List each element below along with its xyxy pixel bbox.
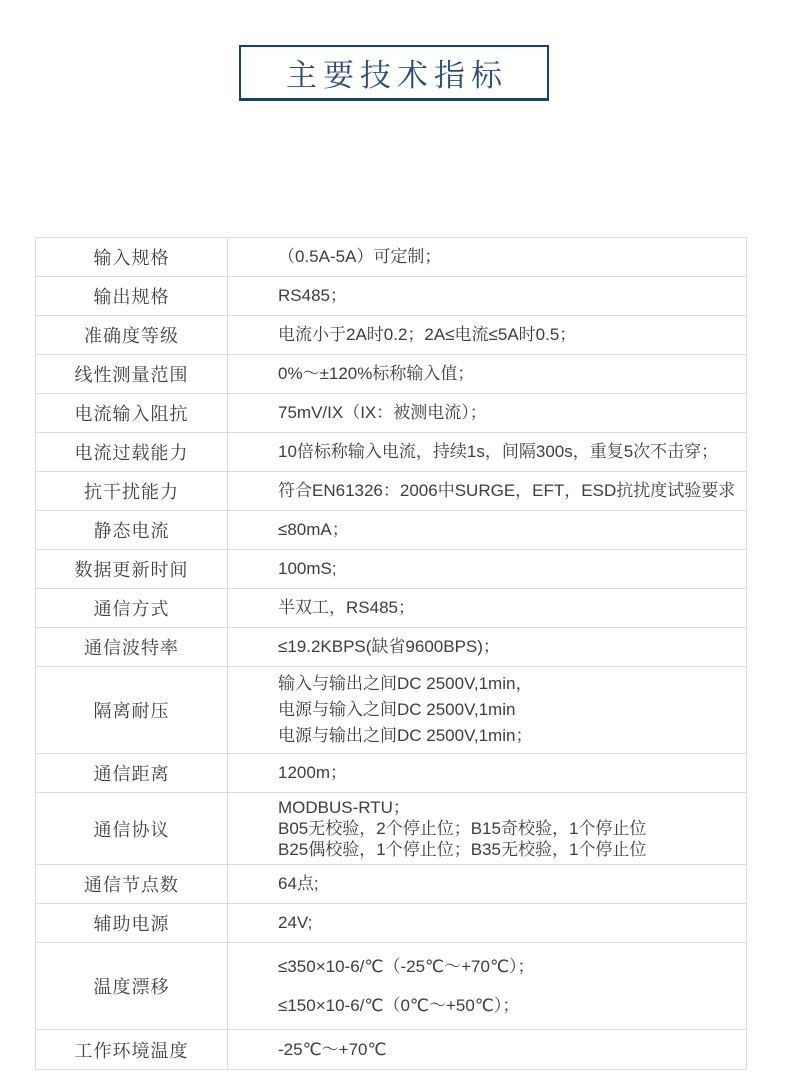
spec-value-line: 电流小于2A时0.2；2A≤电流≤5A时0.5； <box>278 323 736 347</box>
table-row: 准确度等级电流小于2A时0.2；2A≤电流≤5A时0.5； <box>36 316 746 355</box>
table-row: 隔离耐压输入与输出之间DC 2500V,1min，电源与输入之间DC 2500V… <box>36 667 746 754</box>
spec-value-line: ≤150×10-6/℃（0℃～+50℃）； <box>278 986 736 1025</box>
spec-value-line: 输入与输出之间DC 2500V,1min， <box>278 671 736 697</box>
spec-label: 通信节点数 <box>36 865 228 903</box>
spec-value-line: 符合EN61326：2006中SURGE，EFT，ESD抗扰度试验要求 <box>278 479 736 503</box>
spec-value-line: 75mV/IX（IX：被测电流）； <box>278 401 736 425</box>
table-row: 电流过载能力10倍标称输入电流，持续1s，间隔300s，重复5次不击穿； <box>36 433 746 472</box>
spec-value: ≤350×10-6/℃（-25℃～+70℃）；≤150×10-6/℃（0℃～+5… <box>228 943 746 1029</box>
spec-value: RS485； <box>228 277 746 315</box>
spec-table-body: 输入规格（0.5A-5A）可定制；输出规格RS485；准确度等级电流小于2A时0… <box>36 238 746 1069</box>
spec-label: 线性测量范围 <box>36 355 228 393</box>
spec-label: 输入规格 <box>36 238 228 276</box>
spec-value-line: B05无校验，2个停止位；B15奇校验，1个停止位 <box>278 818 736 839</box>
table-row: 温度漂移≤350×10-6/℃（-25℃～+70℃）；≤150×10-6/℃（0… <box>36 943 746 1030</box>
spec-value-line: RS485； <box>278 284 736 308</box>
spec-label: 电流输入阻抗 <box>36 394 228 432</box>
spec-value-line: 10倍标称输入电流，持续1s，间隔300s，重复5次不击穿； <box>278 440 736 464</box>
spec-value-line: 24V; <box>278 911 736 935</box>
spec-value-line: 电源与输入之间DC 2500V,1min <box>278 697 736 723</box>
table-row: 通信波特率≤19.2KBPS(缺省9600BPS)； <box>36 628 746 667</box>
spec-value: MODBUS-RTU；B05无校验，2个停止位；B15奇校验，1个停止位B25偶… <box>228 793 746 864</box>
spec-value-line: 电源与输出之间DC 2500V,1min； <box>278 723 736 749</box>
table-row: 输出规格RS485； <box>36 277 746 316</box>
spec-label: 通信协议 <box>36 793 228 864</box>
table-row: 数据更新时间100mS; <box>36 550 746 589</box>
spec-value-line: -25℃～+70℃ <box>278 1038 736 1062</box>
spec-value: 半双工，RS485； <box>228 589 746 627</box>
spec-label: 辅助电源 <box>36 904 228 942</box>
spec-label: 准确度等级 <box>36 316 228 354</box>
spec-value: 电流小于2A时0.2；2A≤电流≤5A时0.5； <box>228 316 746 354</box>
spec-value-line: ≤350×10-6/℃（-25℃～+70℃）； <box>278 947 736 986</box>
table-row: 通信距离1200m； <box>36 754 746 793</box>
table-row: 通信方式半双工，RS485； <box>36 589 746 628</box>
spec-label: 隔离耐压 <box>36 667 228 753</box>
spec-label: 通信距离 <box>36 754 228 792</box>
spec-value: 10倍标称输入电流，持续1s，间隔300s，重复5次不击穿； <box>228 433 746 471</box>
spec-value-line: B25偶校验，1个停止位；B35无校验，1个停止位 <box>278 839 736 860</box>
spec-value-line: ≤80mA； <box>278 518 736 542</box>
table-row: 抗干扰能力符合EN61326：2006中SURGE，EFT，ESD抗扰度试验要求 <box>36 472 746 511</box>
title-box: 主要技术指标 <box>239 45 549 101</box>
spec-label: 工作环境温度 <box>36 1030 228 1069</box>
spec-label: 数据更新时间 <box>36 550 228 588</box>
table-row: 通信协议MODBUS-RTU；B05无校验，2个停止位；B15奇校验，1个停止位… <box>36 793 746 865</box>
spec-value: 75mV/IX（IX：被测电流）； <box>228 394 746 432</box>
page-title: 主要技术指标 <box>280 50 508 95</box>
spec-value-line: 100mS; <box>278 557 736 581</box>
spec-value: （0.5A-5A）可定制； <box>228 238 746 276</box>
table-row: 电流输入阻抗75mV/IX（IX：被测电流）； <box>36 394 746 433</box>
table-row: 通信节点数64点; <box>36 865 746 904</box>
spec-value: 100mS; <box>228 550 746 588</box>
spec-value: 24V; <box>228 904 746 942</box>
spec-label: 温度漂移 <box>36 943 228 1029</box>
spec-label: 抗干扰能力 <box>36 472 228 510</box>
spec-value: 输入与输出之间DC 2500V,1min，电源与输入之间DC 2500V,1mi… <box>228 667 746 753</box>
spec-label: 通信波特率 <box>36 628 228 666</box>
table-row: 辅助电源24V; <box>36 904 746 943</box>
spec-value: -25℃～+70℃ <box>228 1030 746 1069</box>
spec-value-line: MODBUS-RTU； <box>278 797 736 818</box>
spec-value: 0%～±120%标称输入值； <box>228 355 746 393</box>
spec-table: 输入规格（0.5A-5A）可定制；输出规格RS485；准确度等级电流小于2A时0… <box>35 237 747 1070</box>
spec-value-line: 64点; <box>278 872 736 896</box>
spec-value-line: 1200m； <box>278 761 736 785</box>
spec-value: 符合EN61326：2006中SURGE，EFT，ESD抗扰度试验要求 <box>228 472 746 510</box>
spec-label: 电流过载能力 <box>36 433 228 471</box>
spec-value-line: 0%～±120%标称输入值； <box>278 362 736 386</box>
spec-value: ≤80mA； <box>228 511 746 549</box>
table-row: 输入规格（0.5A-5A）可定制； <box>36 238 746 277</box>
spec-value: 64点; <box>228 865 746 903</box>
table-row: 静态电流≤80mA； <box>36 511 746 550</box>
spec-label: 输出规格 <box>36 277 228 315</box>
spec-value-line: ≤19.2KBPS(缺省9600BPS)； <box>278 635 736 659</box>
spec-value: ≤19.2KBPS(缺省9600BPS)； <box>228 628 746 666</box>
spec-value-line: 半双工，RS485； <box>278 596 736 620</box>
spec-label: 通信方式 <box>36 589 228 627</box>
spec-value-line: （0.5A-5A）可定制； <box>278 245 736 269</box>
table-row: 线性测量范围0%～±120%标称输入值； <box>36 355 746 394</box>
table-row: 工作环境温度-25℃～+70℃ <box>36 1030 746 1069</box>
spec-value: 1200m； <box>228 754 746 792</box>
spec-label: 静态电流 <box>36 511 228 549</box>
